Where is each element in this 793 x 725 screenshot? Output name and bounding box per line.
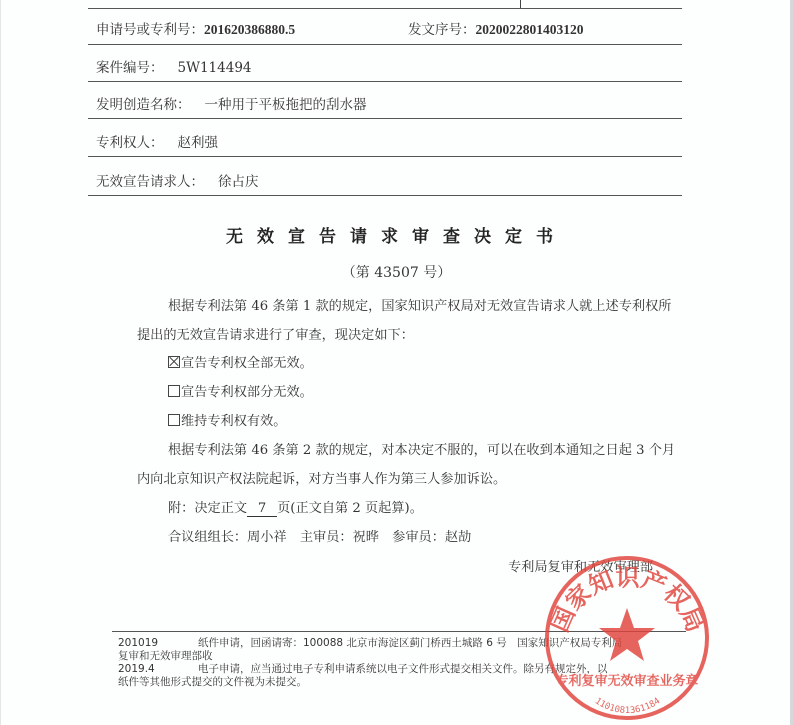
footer-note-2: 2019.4电子申请，应当通过电子专利申请系统以电子文件形式提交相关文件。除另有… (118, 663, 608, 675)
attachment-prefix: 附：决定正文 (168, 501, 247, 516)
checkbox-empty-icon (168, 385, 180, 397)
application-number-value: 201620386880.5 (204, 22, 295, 37)
application-number-field: 申请号或专利号：201620386880.5 (96, 18, 295, 38)
decision-paragraph-2-line-1: 根据专利法第 46 条第 2 款的规定，对本决定不服的，可以在收到本通知之日起 … (168, 439, 675, 458)
requester-value: 徐占庆 (218, 174, 259, 190)
case-number-label: 案件编号： (96, 60, 164, 76)
patentee-label: 专利权人： (96, 135, 164, 151)
svg-text:专利复审无效审查业务章: 专利复审无效审查业务章 (555, 673, 698, 689)
option-invalidate-all: 宣告专利权全部无效。 (168, 352, 313, 371)
attachment-line: 附：决定正文7页(正文自第 2 页起算)。 (168, 497, 423, 517)
decision-paragraph-1-line-1: 根据专利法第 46 条第 1 款的规定，国家知识产权局对无效宣告请求人就上述专利… (168, 295, 672, 314)
option-invalidate-partial: 宣告专利权部分无效。 (168, 381, 313, 400)
application-number-label: 申请号或专利号： (96, 22, 204, 38)
requester-field: 无效宣告请求人：徐占庆 (96, 170, 259, 190)
decision-paragraph-2-line-2: 内向北京知识产权法院起诉，对方当事人作为第三人参加诉讼。 (137, 468, 506, 487)
dispatch-number-label: 发文序号： (408, 22, 476, 38)
table-rule (88, 195, 682, 196)
invention-name-field: 发明创造名称：一种用于平板拖把的刮水器 (96, 93, 367, 113)
footer-note-1-code: 201019 (118, 637, 198, 649)
official-seal-icon: 国家知识产权局 专利复审无效审查业务章 1101081361184 (540, 553, 710, 723)
table-rule (88, 44, 682, 45)
invention-name-label: 发明创造名称： (96, 97, 191, 113)
option-label: 宣告专利权部分无效。 (181, 381, 313, 400)
page-left-edge (0, 0, 1, 725)
patentee-field: 专利权人：赵利强 (96, 131, 218, 151)
table-rule (88, 156, 682, 157)
document-title: 无效宣告请求审查决定书 (0, 222, 793, 247)
decision-paragraph-1-line-2: 提出的无效宣告请求进行了审查，现决定如下： (137, 324, 414, 343)
panel-members: 合议组组长：周小祥 主审员：祝晔 参审员：赵劼 (168, 526, 471, 545)
table-rule (88, 81, 682, 82)
table-rule (88, 8, 682, 9)
case-number-value: 5W114494 (178, 60, 252, 76)
document-number: （第 43507 号） (0, 262, 793, 282)
requester-label: 无效宣告请求人： (96, 174, 204, 190)
footer-note-2-cont: 纸件等其他形式提交的文件视为未提交。 (118, 676, 307, 688)
dispatch-number-field: 发文序号：2020022801403120 (408, 18, 584, 38)
table-divider (520, 0, 521, 8)
option-maintain-valid: 维持专利权有效。 (168, 410, 287, 429)
checkbox-empty-icon (168, 414, 180, 426)
dispatch-number-value: 2020022801403120 (476, 22, 584, 37)
option-label: 维持专利权有效。 (181, 410, 287, 429)
footer-note-2-code: 2019.4 (118, 663, 198, 675)
option-label: 宣告专利权全部无效。 (181, 352, 313, 371)
patentee-value: 赵利强 (178, 135, 219, 151)
attachment-pages: 7 (247, 502, 277, 517)
invention-name-value: 一种用于平板拖把的刮水器 (205, 97, 367, 113)
table-rule (88, 118, 682, 119)
checkbox-checked-icon (168, 356, 180, 368)
case-number-field: 案件编号：5W114494 (96, 56, 252, 76)
attachment-suffix: 页(正文自第 2 页起算)。 (277, 501, 423, 516)
footer-note-1-cont: 复审和无效审理部收 (118, 650, 213, 662)
